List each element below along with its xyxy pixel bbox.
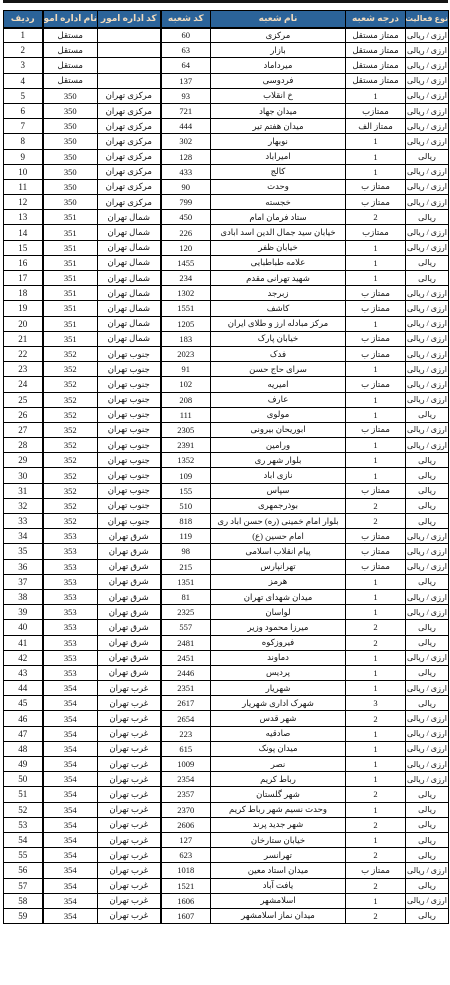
table-row: 4مستقل137فردوسیممتاز مستقلارزی / ریالی	[4, 73, 449, 88]
cell-name-shobe: خ انقلاب	[211, 88, 346, 103]
cell-name-shobe: فردوسی	[211, 73, 346, 88]
cell-activity: ارزی / ریالی	[406, 893, 449, 908]
cell-activity: ریالی	[406, 271, 449, 286]
table-row: 31352جنوب تهران155سپاسممتاز بریالی	[4, 483, 449, 498]
cell-radif: 53	[4, 817, 43, 832]
table-row: 6350مرکزی تهران721میدان جهادممتازبارزی /…	[4, 103, 449, 118]
cell-activity: ارزی / ریالی	[406, 559, 449, 574]
cell-name-edare: 353	[43, 635, 98, 650]
cell-name-edare: 351	[43, 255, 98, 270]
cell-code-shobe: 799	[161, 195, 211, 210]
table-row: 47354غرب تهران223صادقیه1ارزی / ریالی	[4, 726, 449, 741]
cell-name-edare: مستقل	[43, 43, 98, 58]
cell-code-edare: جنوب تهران	[98, 407, 161, 422]
cell-code-shobe: 127	[161, 832, 211, 847]
cell-code-edare: مرکزی تهران	[98, 195, 161, 210]
cell-activity: ارزی / ریالی	[406, 711, 449, 726]
table-row: 24352جنوب تهران102امیریهممتاز بارزی / ری…	[4, 377, 449, 392]
cell-daraje-shobe: ممتاز ب	[346, 286, 406, 301]
cell-radif: 38	[4, 589, 43, 604]
cell-code-edare: شرق تهران	[98, 650, 161, 665]
table-row: 49354غرب تهران1009نصر1ارزی / ریالی	[4, 757, 449, 772]
table-row: 25352جنوب تهران208عارف1ارزی / ریالی	[4, 392, 449, 407]
cell-code-edare: جنوب تهران	[98, 422, 161, 437]
cell-code-edare: جنوب تهران	[98, 377, 161, 392]
cell-activity: ارزی / ریالی	[406, 103, 449, 118]
cell-activity: ارزی / ریالی	[406, 422, 449, 437]
cell-code-shobe: 119	[161, 529, 211, 544]
cell-name-shobe: خیابان ظفر	[211, 240, 346, 255]
cell-daraje-shobe: 1	[346, 134, 406, 149]
cell-code-shobe: 1521	[161, 878, 211, 893]
cell-code-shobe: 98	[161, 544, 211, 559]
cell-code-shobe: 1018	[161, 863, 211, 878]
cell-daraje-shobe: 1	[346, 453, 406, 468]
cell-name-shobe: میدان جهاد	[211, 103, 346, 118]
cell-activity: ارزی / ریالی	[406, 362, 449, 377]
cell-name-edare: 351	[43, 210, 98, 225]
cell-name-edare: مستقل	[43, 73, 98, 88]
cell-code-edare: شرق تهران	[98, 620, 161, 635]
cell-radif: 28	[4, 438, 43, 453]
cell-code-shobe: 510	[161, 498, 211, 513]
cell-radif: 57	[4, 878, 43, 893]
cell-name-shobe: شهرک اداری شهریار	[211, 696, 346, 711]
cell-name-shobe: مولوی	[211, 407, 346, 422]
cell-radif: 27	[4, 422, 43, 437]
cell-code-edare: مرکزی تهران	[98, 179, 161, 194]
cell-code-shobe: 2370	[161, 802, 211, 817]
cell-code-shobe: 1455	[161, 255, 211, 270]
cell-daraje-shobe: ممتاز ب	[346, 559, 406, 574]
cell-name-shobe: مرکزی	[211, 28, 346, 43]
cell-activity: ارزی / ریالی	[406, 438, 449, 453]
cell-code-shobe: 60	[161, 28, 211, 43]
cell-daraje-shobe: ممتاز ب	[346, 195, 406, 210]
cell-code-edare: مرکزی تهران	[98, 164, 161, 179]
cell-name-shobe: یافت آباد	[211, 878, 346, 893]
cell-code-edare: غرب تهران	[98, 832, 161, 847]
cell-activity: ارزی / ریالی	[406, 331, 449, 346]
column-header-radif: ردیف	[4, 11, 43, 28]
table-row: 55354غرب تهران623تهرانسر2ریالی	[4, 848, 449, 863]
cell-activity: ریالی	[406, 696, 449, 711]
cell-activity: ریالی	[406, 802, 449, 817]
cell-code-shobe: 1351	[161, 574, 211, 589]
table-row: 10350مرکزی تهران433کالج1ارزی / ریالی	[4, 164, 449, 179]
cell-name-shobe: میرداماد	[211, 58, 346, 73]
table-row: 20351شمال تهران1205مرکز مبادله ارز و طلا…	[4, 316, 449, 331]
cell-radif: 23	[4, 362, 43, 377]
cell-code-shobe: 1352	[161, 453, 211, 468]
cell-activity: ارزی / ریالی	[406, 863, 449, 878]
cell-name-shobe: عارف	[211, 392, 346, 407]
cell-code-shobe: 90	[161, 179, 211, 194]
cell-radif: 54	[4, 832, 43, 847]
table-row: 7350مرکزی تهران444میدان هفتم تیرممتاز ال…	[4, 119, 449, 134]
cell-activity: ریالی	[406, 483, 449, 498]
cell-name-edare: 353	[43, 574, 98, 589]
cell-radif: 4	[4, 73, 43, 88]
cell-name-shobe: بلوار شهر ری	[211, 453, 346, 468]
cell-activity: ارزی / ریالی	[406, 286, 449, 301]
table-row: 43353شرق تهران2446پردیس1ریالی	[4, 665, 449, 680]
cell-name-edare: 350	[43, 164, 98, 179]
cell-code-edare	[98, 43, 161, 58]
cell-daraje-shobe: 2	[346, 848, 406, 863]
cell-radif: 50	[4, 772, 43, 787]
cell-name-edare: 352	[43, 362, 98, 377]
cell-name-edare: 353	[43, 650, 98, 665]
cell-activity: ریالی	[406, 908, 449, 923]
cell-daraje-shobe: 2	[346, 635, 406, 650]
cell-radif: 22	[4, 346, 43, 361]
cell-radif: 18	[4, 286, 43, 301]
table-row: 34353شرق تهران119امام حسین (ع)ممتاز بارز…	[4, 529, 449, 544]
table-row: 19351شمال تهران1551کاشفممتاز بارزی / ریا…	[4, 301, 449, 316]
cell-radif: 51	[4, 787, 43, 802]
cell-name-shobe: نوبهار	[211, 134, 346, 149]
cell-name-edare: 350	[43, 195, 98, 210]
cell-name-shobe: امیراباد	[211, 149, 346, 164]
cell-radif: 6	[4, 103, 43, 118]
cell-code-shobe: 721	[161, 103, 211, 118]
cell-code-shobe: 623	[161, 848, 211, 863]
cell-name-edare: 352	[43, 514, 98, 529]
cell-code-edare: جنوب تهران	[98, 362, 161, 377]
cell-name-shobe: هرمز	[211, 574, 346, 589]
cell-name-shobe: علامه طباطبایی	[211, 255, 346, 270]
cell-code-shobe: 223	[161, 726, 211, 741]
cell-name-edare: 350	[43, 149, 98, 164]
cell-daraje-shobe: 1	[346, 665, 406, 680]
cell-name-edare: 353	[43, 559, 98, 574]
cell-name-shobe: خیابان سید جمال الدین اسد ابادی	[211, 225, 346, 240]
cell-activity: ارزی / ریالی	[406, 605, 449, 620]
cell-name-edare: 352	[43, 422, 98, 437]
cell-name-edare: 351	[43, 331, 98, 346]
cell-code-edare: مرکزی تهران	[98, 134, 161, 149]
cell-code-shobe: 64	[161, 58, 211, 73]
table-row: 59354غرب تهران1607میدان نماز اسلامشهر2ری…	[4, 908, 449, 923]
cell-radif: 34	[4, 529, 43, 544]
cell-daraje-shobe: 1	[346, 438, 406, 453]
cell-activity: ارزی / ریالی	[406, 28, 449, 43]
table-row: 38353شرق تهران81میدان شهدای تهران1ارزی /…	[4, 589, 449, 604]
cell-radif: 19	[4, 301, 43, 316]
cell-activity: ریالی	[406, 255, 449, 270]
cell-activity: ارزی / ریالی	[406, 134, 449, 149]
cell-activity: ارزی / ریالی	[406, 119, 449, 134]
cell-radif: 55	[4, 848, 43, 863]
cell-name-shobe: نصر	[211, 757, 346, 772]
cell-name-edare: 354	[43, 817, 98, 832]
table-row: 58354غرب تهران1606اسلامشهر1ارزی / ریالی	[4, 893, 449, 908]
cell-radif: 33	[4, 514, 43, 529]
cell-daraje-shobe: 1	[346, 240, 406, 255]
cell-daraje-shobe: 1	[346, 757, 406, 772]
cell-activity: ریالی	[406, 817, 449, 832]
table-row: 1مستقل60مرکزیممتاز مستقلارزی / ریالی	[4, 28, 449, 43]
cell-activity: ارزی / ریالی	[406, 179, 449, 194]
cell-radif: 15	[4, 240, 43, 255]
cell-daraje-shobe: 3	[346, 696, 406, 711]
cell-radif: 35	[4, 544, 43, 559]
cell-code-shobe: 2305	[161, 422, 211, 437]
top-border-bar	[3, 0, 448, 3]
cell-activity: ریالی	[406, 878, 449, 893]
cell-code-edare: شمال تهران	[98, 210, 161, 225]
cell-name-shobe: مرکز مبادله ارز و طلای ایران	[211, 316, 346, 331]
table-row: 39353شرق تهران2325لواسان1ارزی / ریالی	[4, 605, 449, 620]
cell-name-shobe: شهید تهرانی مقدم	[211, 271, 346, 286]
cell-name-edare: 353	[43, 589, 98, 604]
table-row: 42353شرق تهران2451دماوند1ارزی / ریالی	[4, 650, 449, 665]
cell-radif: 10	[4, 164, 43, 179]
table-row: 44354غرب تهران2351شهریار1ارزی / ریالی	[4, 681, 449, 696]
table-row: 33352جنوب تهران818بلوار امام خمینی (ره) …	[4, 514, 449, 529]
cell-name-shobe: ستاد فرمان امام	[211, 210, 346, 225]
column-header-daraje-shobe: درجه شعبه	[346, 11, 406, 28]
cell-activity: ارزی / ریالی	[406, 681, 449, 696]
cell-daraje-shobe: ممتاز ب	[346, 544, 406, 559]
cell-code-shobe: 1606	[161, 893, 211, 908]
cell-activity: ارزی / ریالی	[406, 240, 449, 255]
cell-daraje-shobe: 1	[346, 88, 406, 103]
table-row: 21351شمال تهران183خیابان پارکممتاز بارزی…	[4, 331, 449, 346]
cell-name-shobe: بوذرجمهری	[211, 498, 346, 513]
cell-daraje-shobe: ممتاز ب	[346, 179, 406, 194]
cell-name-edare: 353	[43, 529, 98, 544]
cell-radif: 52	[4, 802, 43, 817]
cell-code-shobe: 215	[161, 559, 211, 574]
cell-radif: 25	[4, 392, 43, 407]
cell-activity: ریالی	[406, 514, 449, 529]
cell-radif: 31	[4, 483, 43, 498]
cell-code-edare	[98, 58, 161, 73]
table-row: 37353شرق تهران1351هرمز1ریالی	[4, 574, 449, 589]
table-row: 9350مرکزی تهران128امیراباد1ریالی	[4, 149, 449, 164]
cell-name-edare: 353	[43, 665, 98, 680]
cell-code-edare: مرکزی تهران	[98, 149, 161, 164]
branches-table: ردیفنام اداره اموکد اداره امورکد شعبهنام…	[3, 10, 449, 924]
cell-activity: ریالی	[406, 468, 449, 483]
table-row: 3مستقل64میردامادممتاز مستقلارزی / ریالی	[4, 58, 449, 73]
cell-name-shobe: خیابان پارک	[211, 331, 346, 346]
table-row: 53354غرب تهران2606شهر جدید پرند2ریالی	[4, 817, 449, 832]
cell-name-shobe: اسلامشهر	[211, 893, 346, 908]
cell-code-edare: شرق تهران	[98, 574, 161, 589]
cell-daraje-shobe: 2	[346, 908, 406, 923]
cell-code-edare: جنوب تهران	[98, 514, 161, 529]
cell-name-edare: 354	[43, 726, 98, 741]
cell-daraje-shobe: 1	[346, 149, 406, 164]
cell-daraje-shobe: ممتازب	[346, 225, 406, 240]
cell-code-edare: شمال تهران	[98, 240, 161, 255]
cell-name-edare: 352	[43, 392, 98, 407]
cell-code-shobe: 109	[161, 468, 211, 483]
cell-code-edare: غرب تهران	[98, 802, 161, 817]
cell-name-shobe: میدان پونک	[211, 741, 346, 756]
table-row: 18351شمال تهران1302زبرجدممتاز بارزی / ری…	[4, 286, 449, 301]
cell-name-edare: 351	[43, 286, 98, 301]
cell-code-shobe: 2446	[161, 665, 211, 680]
cell-radif: 12	[4, 195, 43, 210]
cell-code-edare: غرب تهران	[98, 772, 161, 787]
table-row: 14351شمال تهران226خیابان سید جمال الدین …	[4, 225, 449, 240]
table-row: 50354غرب تهران2354رباط کریم1ارزی / ریالی	[4, 772, 449, 787]
cell-code-edare: غرب تهران	[98, 817, 161, 832]
cell-code-edare: شرق تهران	[98, 529, 161, 544]
cell-activity: ارزی / ریالی	[406, 377, 449, 392]
cell-name-shobe: میدان نماز اسلامشهر	[211, 908, 346, 923]
cell-daraje-shobe: 1	[346, 893, 406, 908]
cell-name-edare: 352	[43, 498, 98, 513]
cell-radif: 1	[4, 28, 43, 43]
table-row: 52354غرب تهران2370وحدت نسیم شهر رباط کری…	[4, 802, 449, 817]
cell-code-edare: غرب تهران	[98, 757, 161, 772]
table-row: 57354غرب تهران1521یافت آباد2ریالی	[4, 878, 449, 893]
cell-daraje-shobe: 1	[346, 316, 406, 331]
cell-name-shobe: لواسان	[211, 605, 346, 620]
cell-daraje-shobe: 1	[346, 605, 406, 620]
cell-activity: ارزی / ریالی	[406, 43, 449, 58]
cell-daraje-shobe: ممتاز ب	[346, 863, 406, 878]
cell-activity: ارزی / ریالی	[406, 58, 449, 73]
cell-daraje-shobe: ممتاز ب	[346, 422, 406, 437]
cell-name-edare: مستقل	[43, 58, 98, 73]
table-row: 36353شرق تهران215تهرانپارسممتاز بارزی / …	[4, 559, 449, 574]
cell-name-edare: 351	[43, 316, 98, 331]
table-row: 22352جنوب تهران2023فدکممتاز بارزی / ریال…	[4, 346, 449, 361]
cell-name-shobe: شهر قدس	[211, 711, 346, 726]
cell-code-edare: جنوب تهران	[98, 468, 161, 483]
cell-activity: ریالی	[406, 848, 449, 863]
cell-activity: ارزی / ریالی	[406, 88, 449, 103]
cell-code-shobe: 2023	[161, 346, 211, 361]
cell-code-shobe: 444	[161, 119, 211, 134]
cell-code-edare	[98, 28, 161, 43]
cell-radif: 40	[4, 620, 43, 635]
cell-radif: 56	[4, 863, 43, 878]
cell-name-edare: 351	[43, 225, 98, 240]
cell-activity: ریالی	[406, 210, 449, 225]
cell-radif: 43	[4, 665, 43, 680]
cell-radif: 59	[4, 908, 43, 923]
cell-activity: ریالی	[406, 574, 449, 589]
table-row: 26352جنوب تهران111مولوی1ریالی	[4, 407, 449, 422]
cell-activity: ارزی / ریالی	[406, 529, 449, 544]
table-row: 15351شمال تهران120خیابان ظفر1ارزی / ریال…	[4, 240, 449, 255]
cell-name-shobe: امام حسین (ع)	[211, 529, 346, 544]
cell-activity: ارزی / ریالی	[406, 757, 449, 772]
cell-code-edare: جنوب تهران	[98, 483, 161, 498]
cell-name-edare: 354	[43, 832, 98, 847]
cell-radif: 30	[4, 468, 43, 483]
cell-name-edare: 352	[43, 483, 98, 498]
cell-code-shobe: 2354	[161, 772, 211, 787]
cell-daraje-shobe: 1	[346, 392, 406, 407]
cell-name-edare: 354	[43, 711, 98, 726]
cell-activity: ارزی / ریالی	[406, 346, 449, 361]
cell-name-shobe: تهرانسر	[211, 848, 346, 863]
table-row: 2مستقل63بازارممتاز مستقلارزی / ریالی	[4, 43, 449, 58]
cell-daraje-shobe: 2	[346, 620, 406, 635]
cell-radif: 17	[4, 271, 43, 286]
cell-activity: ریالی	[406, 498, 449, 513]
cell-daraje-shobe: 2	[346, 878, 406, 893]
cell-code-shobe: 1302	[161, 286, 211, 301]
cell-radif: 11	[4, 179, 43, 194]
cell-radif: 46	[4, 711, 43, 726]
cell-daraje-shobe: ممتاز ب	[346, 483, 406, 498]
cell-name-shobe: تهرانپارس	[211, 559, 346, 574]
cell-name-edare: 352	[43, 468, 98, 483]
table-row: 28352جنوب تهران2391ورامین1ارزی / ریالی	[4, 438, 449, 453]
cell-daraje-shobe: ممتاز ب	[346, 346, 406, 361]
cell-code-edare: شمال تهران	[98, 286, 161, 301]
cell-radif: 8	[4, 134, 43, 149]
cell-activity: ارزی / ریالی	[406, 164, 449, 179]
table-row: 8350مرکزی تهران302نوبهار1ارزی / ریالی	[4, 134, 449, 149]
cell-name-edare: 354	[43, 772, 98, 787]
cell-name-edare: 354	[43, 787, 98, 802]
cell-name-edare: 350	[43, 179, 98, 194]
cell-activity: ارزی / ریالی	[406, 589, 449, 604]
cell-radif: 9	[4, 149, 43, 164]
cell-radif: 24	[4, 377, 43, 392]
table-row: 13351شمال تهران450ستاد فرمان امام2ریالی	[4, 210, 449, 225]
cell-code-shobe: 1205	[161, 316, 211, 331]
cell-activity: ریالی	[406, 620, 449, 635]
cell-name-edare: مستقل	[43, 28, 98, 43]
cell-code-shobe: 2391	[161, 438, 211, 453]
cell-code-edare: شمال تهران	[98, 271, 161, 286]
column-header-code-shobe: کد شعبه	[161, 11, 211, 28]
cell-radif: 37	[4, 574, 43, 589]
cell-code-shobe: 2325	[161, 605, 211, 620]
cell-activity: ارزی / ریالی	[406, 741, 449, 756]
table-row: 16351شمال تهران1455علامه طباطبایی1ریالی	[4, 255, 449, 270]
table-row: 56354غرب تهران1018میدان استاد معینممتاز …	[4, 863, 449, 878]
cell-daraje-shobe: 2	[346, 787, 406, 802]
cell-daraje-shobe: 1	[346, 271, 406, 286]
table-row: 29352جنوب تهران1352بلوار شهر ری1ریالی	[4, 453, 449, 468]
cell-radif: 3	[4, 58, 43, 73]
cell-code-edare: شمال تهران	[98, 301, 161, 316]
cell-code-edare	[98, 73, 161, 88]
cell-daraje-shobe: ممتازب	[346, 103, 406, 118]
cell-activity: ارزی / ریالی	[406, 301, 449, 316]
cell-code-edare: غرب تهران	[98, 863, 161, 878]
cell-name-edare: 350	[43, 119, 98, 134]
cell-code-edare: غرب تهران	[98, 711, 161, 726]
cell-name-shobe: وحدت نسیم شهر رباط کریم	[211, 802, 346, 817]
cell-daraje-shobe: 2	[346, 817, 406, 832]
cell-code-shobe: 302	[161, 134, 211, 149]
cell-radif: 21	[4, 331, 43, 346]
cell-name-shobe: کاشف	[211, 301, 346, 316]
cell-radif: 26	[4, 407, 43, 422]
cell-code-shobe: 1607	[161, 908, 211, 923]
cell-code-edare: شرق تهران	[98, 635, 161, 650]
cell-daraje-shobe: 1	[346, 362, 406, 377]
cell-daraje-shobe: ممتاز مستقل	[346, 43, 406, 58]
cell-code-edare: شمال تهران	[98, 255, 161, 270]
cell-activity: ارزی / ریالی	[406, 316, 449, 331]
cell-code-edare: شرق تهران	[98, 589, 161, 604]
cell-name-edare: 354	[43, 878, 98, 893]
